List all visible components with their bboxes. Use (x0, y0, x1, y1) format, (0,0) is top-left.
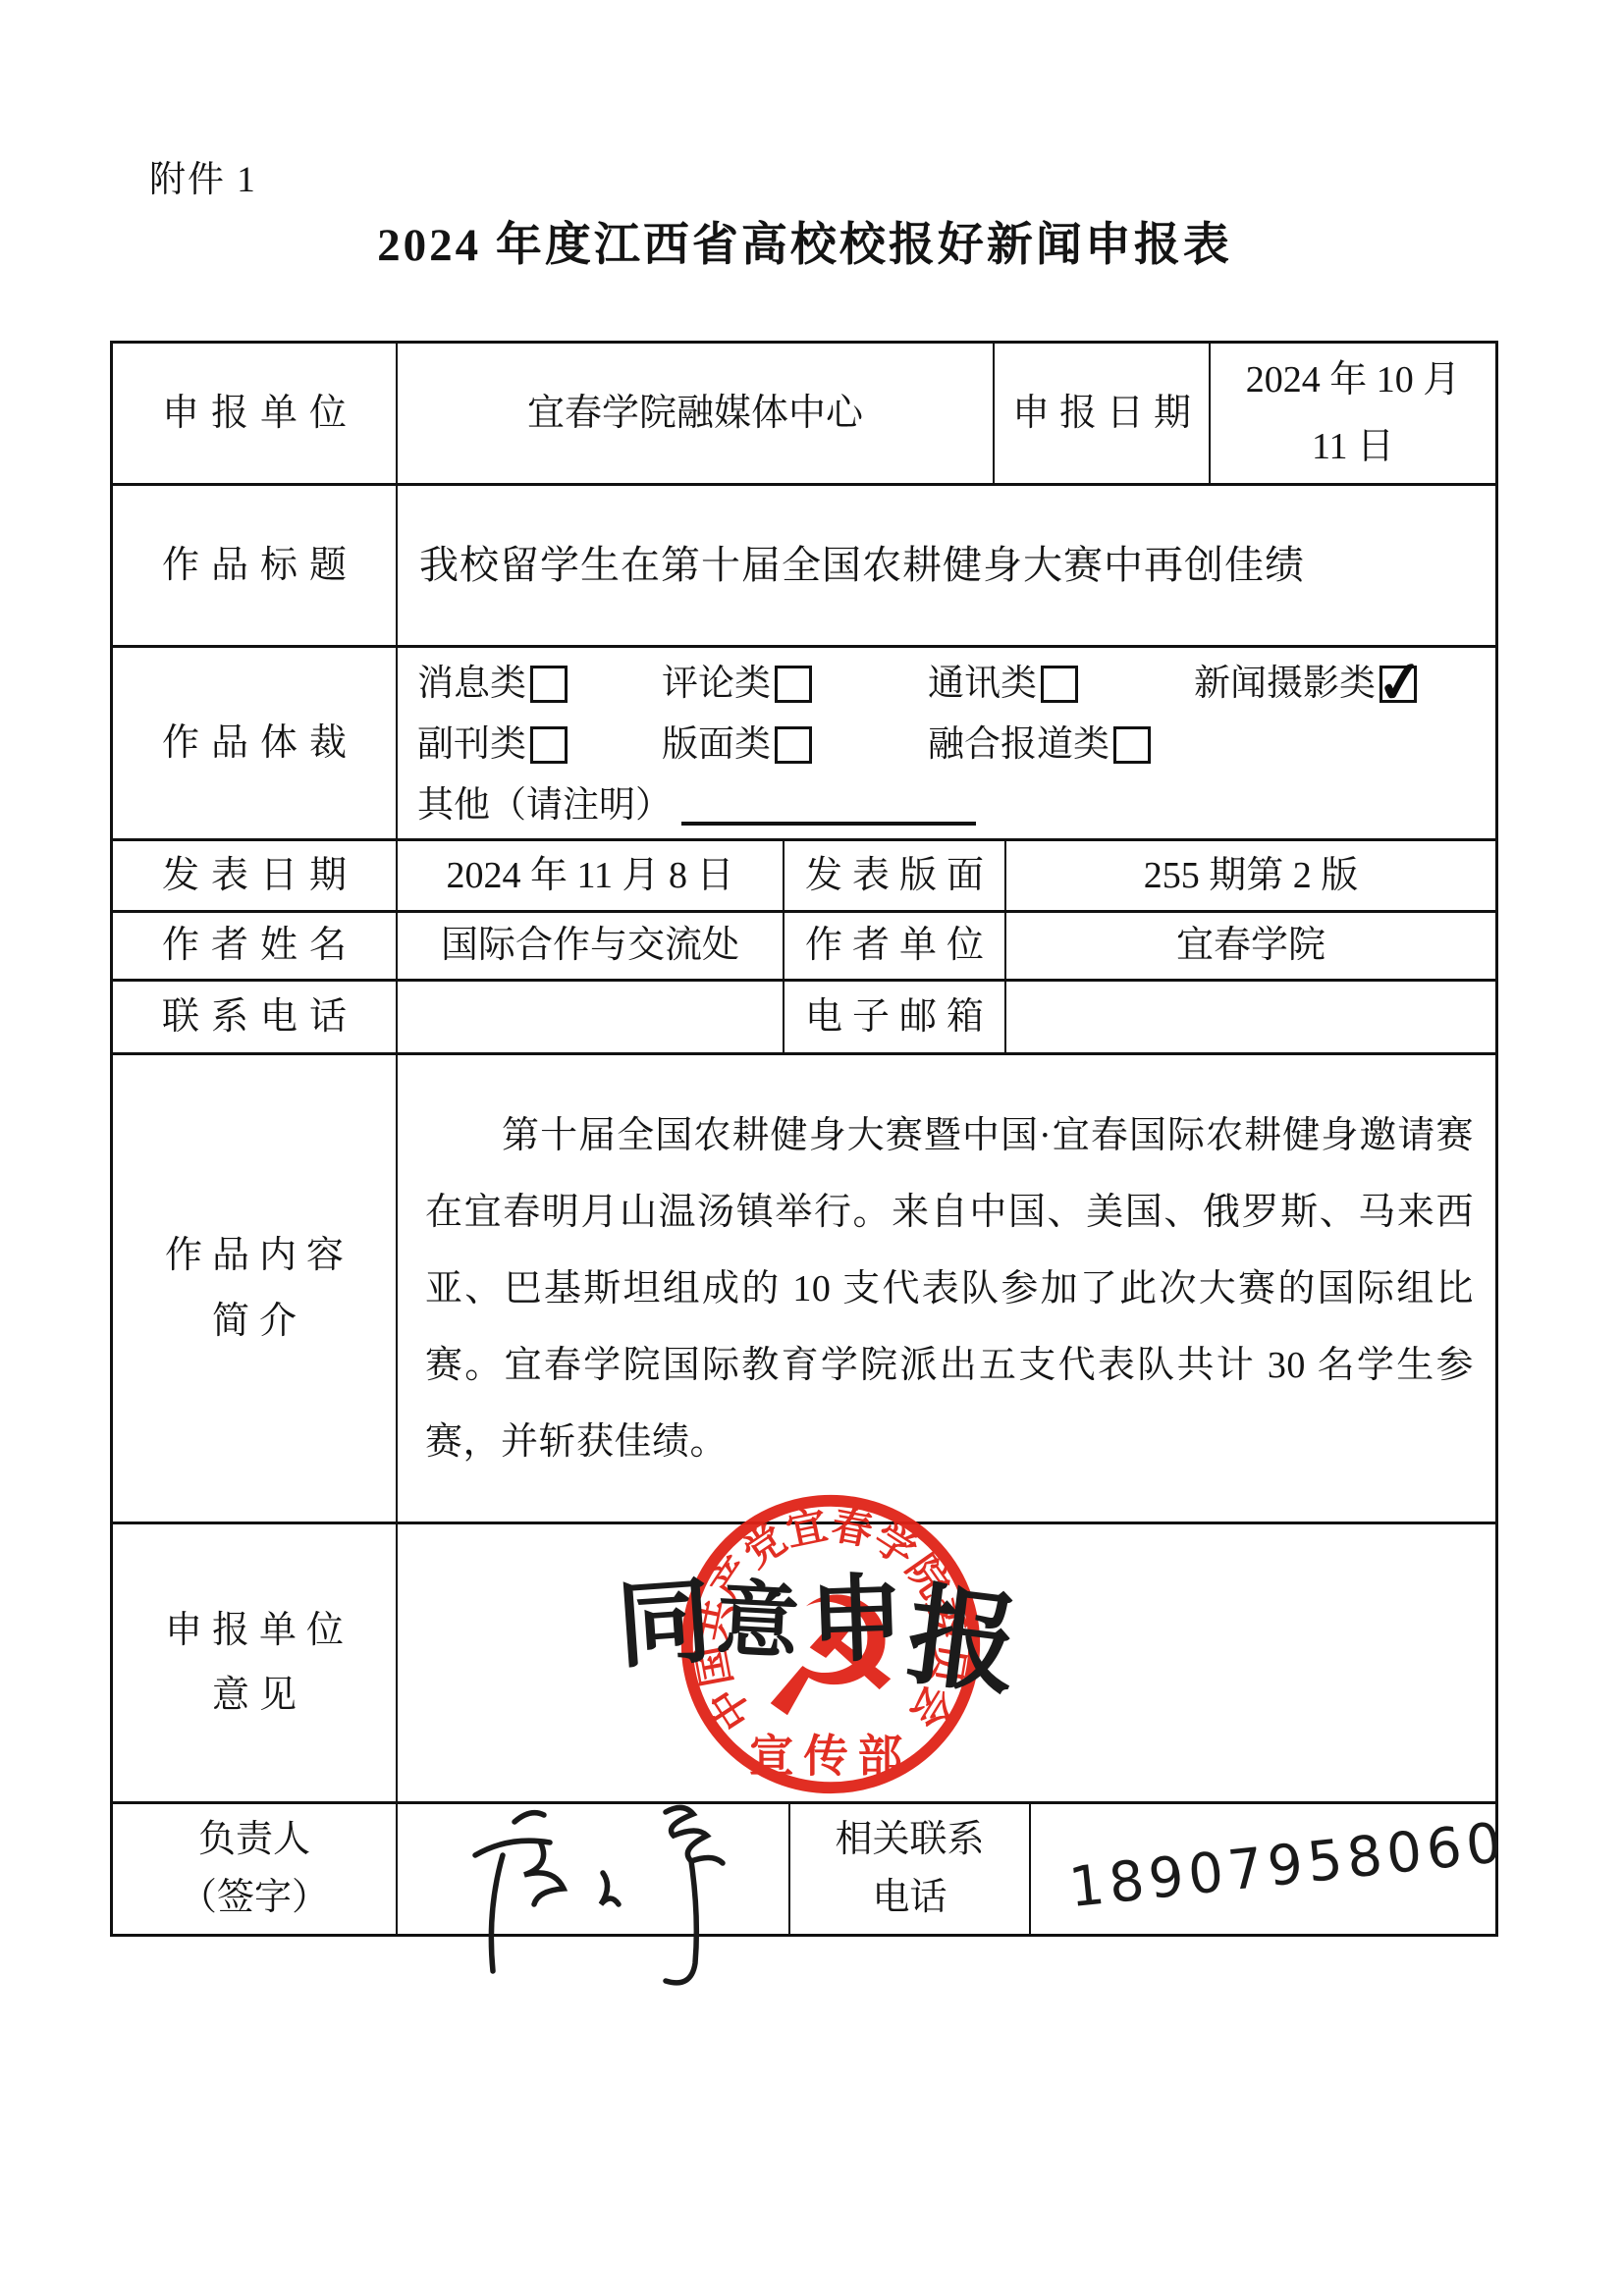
publish-date-label: 发表日期 (113, 841, 396, 910)
publish-page-value: 255 期第 2 版 (1004, 841, 1495, 910)
declare-unit-value: 宜春学院融媒体中心 (396, 344, 993, 483)
row-genre: 作品体裁 消息类 评论类 通讯类 新闻摄 (113, 645, 1495, 838)
publish-page-label: 发表版面 (783, 841, 1004, 910)
genre-option-supplement: 副刊类 (417, 717, 568, 773)
author-name-value: 国际合作与交流处 (396, 913, 783, 979)
email-value (1004, 982, 1495, 1052)
row-author: 作者姓名 国际合作与交流处 作者单位 宜春学院 (113, 910, 1495, 979)
summary-text: 第十届全国农耕健身大赛暨中国·宜春国际农耕健身邀请赛在宜春明月山温汤镇举行。来自… (425, 1097, 1474, 1480)
checkbox-fusion-report-icon (1113, 726, 1151, 764)
scanned-form-page: 附件 1 2024 年度江西省高校校报好新闻申报表 申报单位 宜春学院融媒体中心… (0, 0, 1623, 2296)
genre-option-news-photo: 新闻摄影类 (1194, 656, 1417, 712)
genre-option-layout: 版面类 (662, 717, 812, 773)
genre-options: 消息类 评论类 通讯类 新闻摄影类 (396, 648, 1495, 838)
responsible-signature (454, 1804, 768, 1986)
row-contact: 联系电话 电子邮箱 (113, 979, 1495, 1052)
publish-date-value: 2024 年 11 月 8 日 (396, 841, 783, 910)
genre-option-fusion-report: 融合报道类 (928, 717, 1151, 773)
declare-date-value: 2024 年 10 月 11 日 (1209, 344, 1495, 483)
approval-handwriting: 同 意 申 报 (617, 1549, 1058, 1707)
checkbox-communication-icon (1041, 666, 1078, 703)
row-work-title: 作品标题 我校留学生在第十届全国农耕健身大赛中再创佳绩 (113, 483, 1495, 645)
genre-option-communication: 通讯类 (928, 656, 1078, 712)
genre-label: 作品体裁 (113, 648, 396, 838)
unit-opinion-label-line1: 申报单位 (155, 1598, 353, 1664)
work-title-label: 作品标题 (113, 486, 396, 645)
author-name-label: 作者姓名 (113, 913, 396, 979)
genre-line-2: 副刊类 版面类 融合报道类 (417, 715, 1486, 775)
genre-line-other: 其他（请注明） (417, 775, 1486, 836)
unit-opinion-label-line2: 意见 (202, 1663, 306, 1729)
summary-text-cell: 第十届全国农耕健身大赛暨中国·宜春国际农耕健身邀请赛在宜春明月山温汤镇举行。来自… (396, 1055, 1495, 1522)
related-phone-label-line2: 电话 (872, 1869, 947, 1927)
declare-date-line2: 11 日 (1312, 413, 1394, 480)
summary-label-line1: 作品内容 (155, 1223, 353, 1289)
author-unit-value: 宜春学院 (1004, 913, 1495, 979)
page-title: 2024 年度江西省高校校报好新闻申报表 (111, 208, 1498, 274)
row-declare-unit: 申报单位 宜春学院融媒体中心 申报日期 2024 年 10 月 11 日 (113, 344, 1495, 483)
checkbox-supplement-icon (530, 726, 568, 764)
declare-date-line1: 2024 年 10 月 (1246, 347, 1461, 413)
responsible-label-line2: （签字） (180, 1869, 329, 1927)
checkbox-message-icon (530, 666, 568, 703)
checkbox-comment-icon (775, 666, 812, 703)
related-phone-label: 相关联系 电话 (788, 1804, 1029, 1934)
contact-phone-value (396, 982, 783, 1052)
genre-option-message: 消息类 (417, 656, 568, 712)
genre-other-label: 其他（请注明） (417, 777, 672, 833)
email-label: 电子邮箱 (783, 982, 1004, 1052)
declare-date-label: 申报日期 (993, 344, 1209, 483)
genre-option-comment: 评论类 (662, 656, 812, 712)
author-unit-label: 作者单位 (783, 913, 1004, 979)
responsible-label: 负责人 （签字） (113, 1804, 396, 1934)
contact-phone-label: 联系电话 (113, 982, 396, 1052)
genre-line-1: 消息类 评论类 通讯类 新闻摄影类 (417, 654, 1486, 715)
summary-label-line2: 简介 (202, 1289, 306, 1355)
row-summary: 作品内容 简介 第十届全国农耕健身大赛暨中国·宜春国际农耕健身邀请赛在宜春明月山… (113, 1052, 1495, 1522)
checkbox-news-photo-checked-icon (1380, 666, 1417, 703)
work-title-value: 我校留学生在第十届全国农耕健身大赛中再创佳绩 (396, 486, 1495, 645)
row-publish: 发表日期 2024 年 11 月 8 日 发表版面 255 期第 2 版 (113, 838, 1495, 910)
checkbox-layout-icon (775, 726, 812, 764)
unit-opinion-label: 申报单位 意见 (113, 1524, 396, 1801)
attachment-label: 附件 1 (149, 149, 257, 202)
genre-other-blank (681, 786, 976, 826)
declare-unit-label: 申报单位 (113, 344, 396, 483)
related-phone-label-line1: 相关联系 (835, 1811, 984, 1869)
seal-bottom-text: 宣传部 (749, 1732, 912, 1781)
summary-label: 作品内容 简介 (113, 1055, 396, 1522)
responsible-label-line1: 负责人 (198, 1811, 310, 1869)
